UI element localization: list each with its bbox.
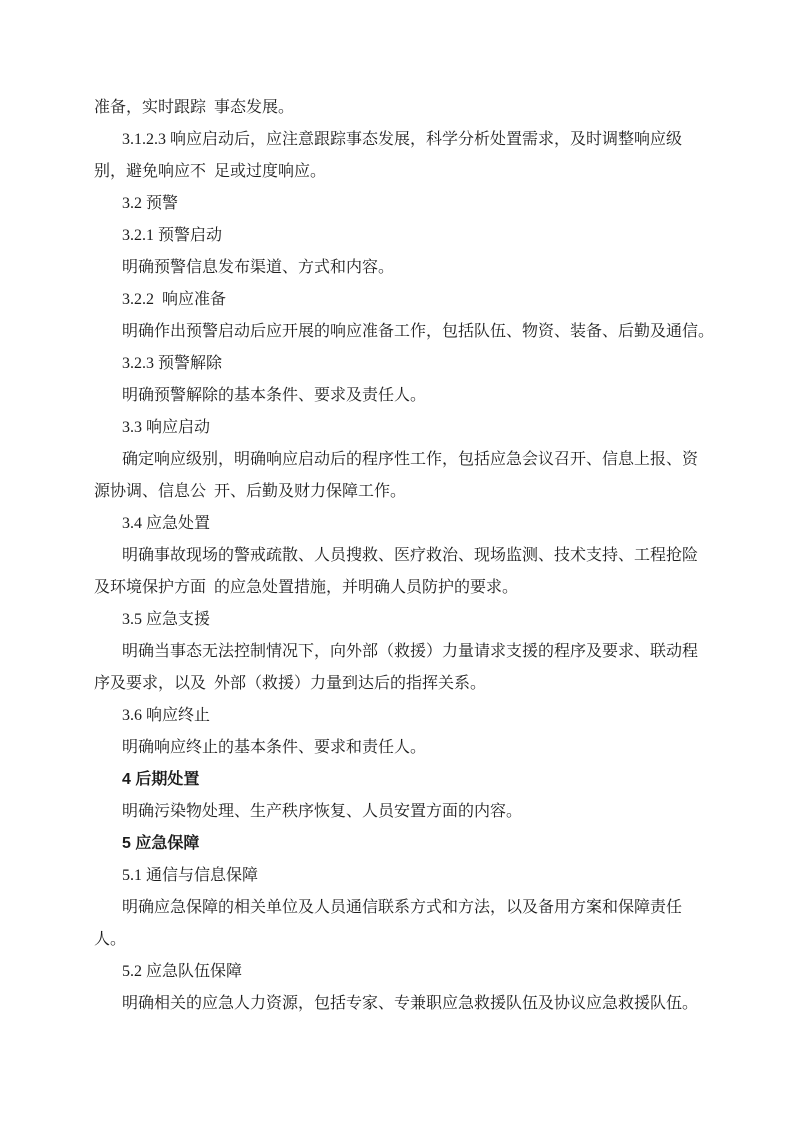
heading-5-1: 5.1 通信与信息保障 (94, 860, 709, 892)
paragraph-continuation-line: 序及要求，以及 外部（救援）力量到达后的指挥关系。 (94, 668, 709, 700)
paragraph-line: 明确相关的应急人力资源，包括专家、专兼职应急救援队伍及协议应急救援队伍。 (94, 988, 709, 1020)
heading-3-2-2: 3.2.2 响应准备 (94, 284, 709, 316)
heading-3-6: 3.6 响应终止 (94, 700, 709, 732)
heading-5-2: 5.2 应急队伍保障 (94, 956, 709, 988)
paragraph-continuation-line: 及环境保护方面 的应急处置措施，并明确人员防护的要求。 (94, 572, 709, 604)
paragraph-line: 明确应急保障的相关单位及人员通信联系方式和方法，以及备用方案和保障责任 (94, 892, 709, 924)
heading-3-2: 3.2 预警 (94, 188, 709, 220)
heading-5: 5 应急保障 (94, 828, 709, 860)
paragraph-line: 明确作出预警启动后应开展的响应准备工作，包括队伍、物资、装备、后勤及通信。 (94, 316, 709, 348)
paragraph-line: 明确响应终止的基本条件、要求和责任人。 (94, 732, 709, 764)
paragraph-continuation-line: 准备，实时跟踪 事态发展。 (94, 92, 709, 124)
heading-3-5: 3.5 应急支援 (94, 604, 709, 636)
heading-3-2-3: 3.2.3 预警解除 (94, 348, 709, 380)
paragraph-line: 明确污染物处理、生产秩序恢复、人员安置方面的内容。 (94, 796, 709, 828)
paragraph-continuation-line: 别，避免响应不 足或过度响应。 (94, 156, 709, 188)
paragraph-continuation-line: 源协调、信息公 开、后勤及财力保障工作。 (94, 476, 709, 508)
paragraph-line: 3.1.2.3 响应启动后，应注意跟踪事态发展，科学分析处置需求，及时调整响应级 (94, 124, 709, 156)
paragraph-line: 确定响应级别，明确响应启动后的程序性工作，包括应急会议召开、信息上报、资 (94, 444, 709, 476)
paragraph-line: 明确预警解除的基本条件、要求及责任人。 (94, 380, 709, 412)
heading-4: 4 后期处置 (94, 764, 709, 796)
heading-3-3: 3.3 响应启动 (94, 412, 709, 444)
paragraph-line: 明确预警信息发布渠道、方式和内容。 (94, 252, 709, 284)
paragraph-continuation-line: 人。 (94, 924, 709, 956)
document-page: 准备，实时跟踪 事态发展。 3.1.2.3 响应启动后，应注意跟踪事态发展，科学… (0, 0, 793, 1122)
heading-3-2-1: 3.2.1 预警启动 (94, 220, 709, 252)
paragraph-line: 明确当事态无法控制情况下，向外部（救援）力量请求支援的程序及要求、联动程 (94, 636, 709, 668)
paragraph-line: 明确事故现场的警戒疏散、人员搜救、医疗救治、现场监测、技术支持、工程抢险 (94, 540, 709, 572)
heading-3-4: 3.4 应急处置 (94, 508, 709, 540)
